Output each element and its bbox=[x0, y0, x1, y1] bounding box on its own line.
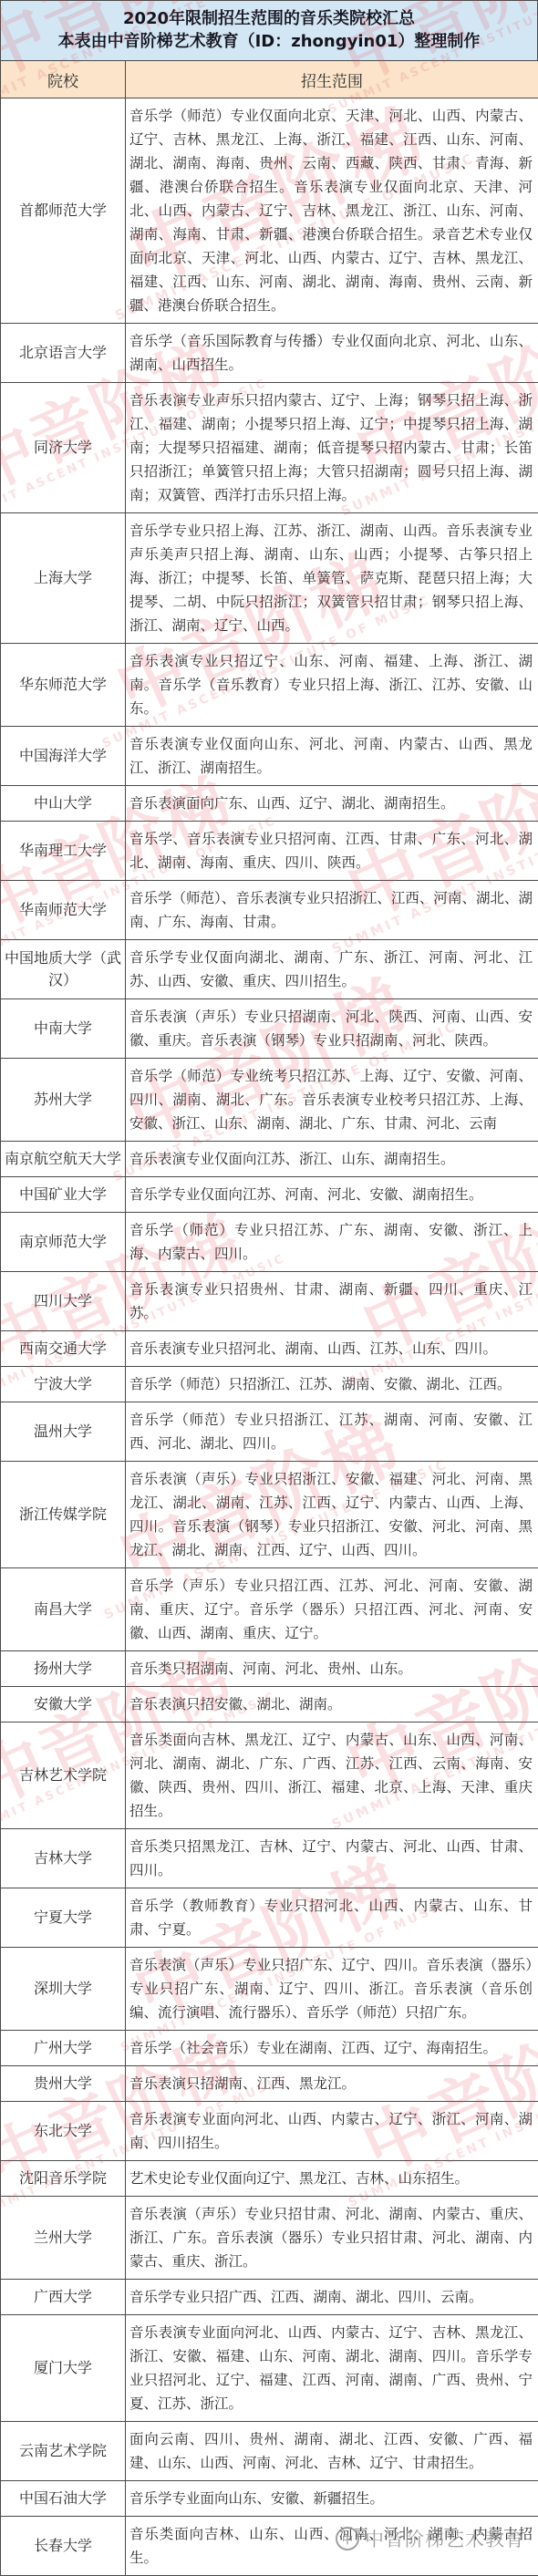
admission-scope: 音乐学（师范）、音乐表演专业只招浙江、江西、河南、湖北、湖南、广东、海南、甘肃。 bbox=[126, 881, 538, 940]
table-row: 宁夏大学音乐学（教师教育）专业只招河北、山西、内蒙古、山东、甘肃、宁夏。 bbox=[1, 1888, 538, 1948]
school-name: 厦门大学 bbox=[1, 2315, 126, 2422]
school-name: 南昌大学 bbox=[1, 1568, 126, 1651]
table-row: 安徽大学音乐表演只招安徽、湖北、湖南。 bbox=[1, 1687, 538, 1723]
table-row: 华南理工大学音乐学、音乐表演专业只招河南、江西、甘肃、广东、河北、湖北、湖南、海… bbox=[1, 822, 538, 881]
table-row: 吉林艺术学院音乐类面向吉林、黑龙江、辽宁、内蒙古、山东、山西、河南、河北、湖南、… bbox=[1, 1723, 538, 1829]
table-row: 华东师范大学音乐表演专业只招辽宁、山东、河南、福建、上海、浙江、湖南。音乐学（音… bbox=[1, 644, 538, 727]
admission-scope: 音乐表演专业只招贵州、甘肃、湖南、新疆、四川、重庆、江苏。 bbox=[126, 1272, 538, 1331]
admission-scope: 音乐表演专业声乐只招内蒙古、辽宁、上海；钢琴只招上海、浙江、福建、湖南；小提琴只… bbox=[126, 383, 538, 513]
school-name: 浙江传媒学院 bbox=[1, 1462, 126, 1568]
page-title: 2020年限制招生范围的音乐类院校汇总 本表由中音阶梯艺术教育（ID：zhong… bbox=[0, 0, 538, 60]
table-row: 同济大学音乐表演专业声乐只招内蒙古、辽宁、上海；钢琴只招上海、浙江、福建、湖南；… bbox=[1, 383, 538, 513]
admission-scope: 音乐表演专业仅面向山东、河北、河南、内蒙古、山西、黑龙江、浙江、湖南招生。 bbox=[126, 727, 538, 786]
table-row: 宁波大学音乐学（师范）只招浙江、江苏、湖南、安徽、湖北、江西。 bbox=[1, 1367, 538, 1402]
school-name: 上海大学 bbox=[1, 513, 126, 644]
admission-scope: 艺术史论专业仅面向辽宁、黑龙江、吉林、山东招生。 bbox=[126, 2161, 538, 2197]
admission-scope: 音乐表演专业面向河北、山西、内蒙古、辽宁、吉林、黑龙江、浙江、安徽、福建、山东、… bbox=[126, 2315, 538, 2422]
table-row: 兰州大学音乐表演（声乐）专业只招甘肃、河北、湖南、内蒙古、重庆、浙江、广东。音乐… bbox=[1, 2197, 538, 2280]
table-row: 云南艺术学院面向云南、四川、贵州、湖南、湖北、江西、安徽、广西、福建、山东、山西… bbox=[1, 2422, 538, 2481]
table-row: 长春大学音乐类面向吉林、山东、山西、河南、河北、湖南、内蒙古招生。 bbox=[1, 2517, 538, 2576]
school-name: 安徽大学 bbox=[1, 1687, 126, 1723]
admission-scope: 音乐表演专业只招辽宁、山东、河南、福建、上海、浙江、湖南。音乐学（音乐教育）专业… bbox=[126, 644, 538, 727]
school-name: 兰州大学 bbox=[1, 2197, 126, 2280]
table-row: 深圳大学音乐表演（声乐）专业只招广东、辽宁、四川。音乐表演（器乐）专业只招广东、… bbox=[1, 1948, 538, 2031]
table-row: 广西大学音乐学专业只招广西、江西、湖南、湖北、四川、云南。 bbox=[1, 2280, 538, 2315]
table-row: 厦门大学音乐表演专业面向河北、山西、内蒙古、辽宁、吉林、黑龙江、浙江、安徽、福建… bbox=[1, 2315, 538, 2422]
admission-scope: 音乐表演只招安徽、湖北、湖南。 bbox=[126, 1687, 538, 1723]
table-row: 沈阳音乐学院艺术史论专业仅面向辽宁、黑龙江、吉林、山东招生。 bbox=[1, 2161, 538, 2197]
table-row: 贵州大学音乐表演只招湖南、江西、黑龙江。 bbox=[1, 2066, 538, 2102]
table-row: 中国石油大学音乐学专业面向山东、安徽、新疆招生。 bbox=[1, 2481, 538, 2517]
admission-scope: 面向云南、四川、贵州、湖南、湖北、江西、安徽、广西、福建、山东、山西、河南、河北… bbox=[126, 2422, 538, 2481]
column-header-scope: 招生范围 bbox=[126, 61, 538, 98]
admission-scope: 音乐学专业只招广西、江西、湖南、湖北、四川、云南。 bbox=[126, 2280, 538, 2315]
table-row: 南京师范大学音乐学（师范）专业只招江苏、广东、湖南、安徽、浙江、上海、内蒙古、四… bbox=[1, 1213, 538, 1272]
table-row: 广州大学音乐学（社会音乐）专业在湖南、江西、辽宁、海南招生。 bbox=[1, 2031, 538, 2066]
table-row: 吉林大学音乐类只招黑龙江、吉林、辽宁、内蒙古、河北、山西、甘肃、四川。 bbox=[1, 1829, 538, 1888]
admission-scope: 音乐表演只招湖南、江西、黑龙江。 bbox=[126, 2066, 538, 2102]
school-name: 同济大学 bbox=[1, 383, 126, 513]
school-name: 四川大学 bbox=[1, 1272, 126, 1331]
school-name: 长春大学 bbox=[1, 2517, 126, 2576]
table-row: 温州大学音乐学（师范）专业只招浙江、江苏、湖南、河南、安徽、江西、河北、湖北、四… bbox=[1, 1402, 538, 1462]
school-name: 吉林大学 bbox=[1, 1829, 126, 1888]
page: 中音阶梯SUMMIT ASCENT INSTITUTE OF MUSIC中音阶梯… bbox=[0, 0, 538, 2576]
admission-scope: 音乐学（教师教育）专业只招河北、山西、内蒙古、山东、甘肃、宁夏。 bbox=[126, 1888, 538, 1948]
table-row: 中山大学音乐表演面向广东、山西、辽宁、湖北、湖南招生。 bbox=[1, 786, 538, 822]
admission-scope: 音乐学专业只招上海、江苏、浙江、湖南、山西。音乐表演专业声乐美声只招上海、湖南、… bbox=[126, 513, 538, 644]
school-name: 中山大学 bbox=[1, 786, 126, 822]
admission-scope: 音乐表演专业只招河北、湖南、山西、江苏、山东、四川。 bbox=[126, 1331, 538, 1367]
table-row: 中南大学音乐表演（声乐）专业只招湖南、河北、陕西、河南、山西、安徽、重庆。音乐表… bbox=[1, 999, 538, 1059]
admission-scope: 音乐学专业面向山东、安徽、新疆招生。 bbox=[126, 2481, 538, 2517]
admission-scope: 音乐学（师范）专业只招浙江、江苏、湖南、河南、安徽、江西、河北、湖北、四川。 bbox=[126, 1402, 538, 1462]
school-name: 沈阳音乐学院 bbox=[1, 2161, 126, 2197]
school-name: 南京师范大学 bbox=[1, 1213, 126, 1272]
admission-scope: 音乐表演（声乐）专业只招甘肃、河北、湖南、内蒙古、重庆、浙江、广东。音乐表演（器… bbox=[126, 2197, 538, 2280]
school-name: 华南理工大学 bbox=[1, 822, 126, 881]
school-name: 苏州大学 bbox=[1, 1059, 126, 1142]
admission-scope: 音乐学（师范）只招浙江、江苏、湖南、安徽、湖北、江西。 bbox=[126, 1367, 538, 1402]
admission-scope: 音乐表演面向广东、山西、辽宁、湖北、湖南招生。 bbox=[126, 786, 538, 822]
table-row: 西南交通大学音乐表演专业只招河北、湖南、山西、江苏、山东、四川。 bbox=[1, 1331, 538, 1367]
table-row: 四川大学音乐表演专业只招贵州、甘肃、湖南、新疆、四川、重庆、江苏。 bbox=[1, 1272, 538, 1331]
admission-scope: 音乐类面向吉林、山东、山西、河南、河北、湖南、内蒙古招生。 bbox=[126, 2517, 538, 2576]
school-name: 华东师范大学 bbox=[1, 644, 126, 727]
school-name: 华南师范大学 bbox=[1, 881, 126, 940]
table-row: 中国地质大学（武汉）音乐学专业仅面向湖北、湖南、广东、浙江、河南、河北、江苏、山… bbox=[1, 940, 538, 999]
title-line-2: 本表由中音阶梯艺术教育（ID：zhongyin01）整理制作 bbox=[5, 30, 533, 53]
table-row: 扬州大学音乐类只招湖南、河南、河北、贵州、山东。 bbox=[1, 1651, 538, 1687]
school-name: 北京语言大学 bbox=[1, 324, 126, 383]
school-name: 中国地质大学（武汉） bbox=[1, 940, 126, 999]
admission-scope: 音乐表演专业面向河北、山西、内蒙古、辽宁、浙江、河南、湖南、四川招生。 bbox=[126, 2102, 538, 2161]
school-name: 广州大学 bbox=[1, 2031, 126, 2066]
admission-scope: 音乐学专业仅面向江苏、河南、河北、安徽、湖南招生。 bbox=[126, 1177, 538, 1213]
school-name: 云南艺术学院 bbox=[1, 2422, 126, 2481]
admission-scope: 音乐学（师范）专业仅面向北京、天津、河北、山西、内蒙古、辽宁、吉林、黑龙江、上海… bbox=[126, 98, 538, 324]
admission-scope: 音乐表演（声乐）专业只招浙江、安徽、福建、河北、河南、黑龙江、湖北、湖南、江苏、… bbox=[126, 1462, 538, 1568]
school-name: 宁夏大学 bbox=[1, 1888, 126, 1948]
school-name: 中国海洋大学 bbox=[1, 727, 126, 786]
table-row: 上海大学音乐学专业只招上海、江苏、浙江、湖南、山西。音乐表演专业声乐美声只招上海… bbox=[1, 513, 538, 644]
admission-scope: 音乐类只招黑龙江、吉林、辽宁、内蒙古、河北、山西、甘肃、四川。 bbox=[126, 1829, 538, 1888]
school-name: 西南交通大学 bbox=[1, 1331, 126, 1367]
school-name: 中国石油大学 bbox=[1, 2481, 126, 2517]
title-line-1: 2020年限制招生范围的音乐类院校汇总 bbox=[5, 7, 533, 30]
table-row: 首都师范大学音乐学（师范）专业仅面向北京、天津、河北、山西、内蒙古、辽宁、吉林、… bbox=[1, 98, 538, 324]
table-header-row: 院校 招生范围 bbox=[1, 61, 538, 98]
admission-scope: 音乐学（师范）专业只招江苏、广东、湖南、安徽、浙江、上海、内蒙古、四川。 bbox=[126, 1213, 538, 1272]
table-row: 南昌大学音乐学（声乐）专业只招江西、江苏、河北、河南、安徽、湖南、重庆、辽宁。音… bbox=[1, 1568, 538, 1651]
school-name: 东北大学 bbox=[1, 2102, 126, 2161]
school-name: 广西大学 bbox=[1, 2280, 126, 2315]
table-row: 苏州大学音乐学（师范）专业统考只招江苏、上海、辽宁、安徽、河南、四川、湖南、湖北… bbox=[1, 1059, 538, 1142]
school-name: 深圳大学 bbox=[1, 1948, 126, 2031]
admission-scope: 音乐学（师范）专业统考只招江苏、上海、辽宁、安徽、河南、四川、湖南、湖北、广东。… bbox=[126, 1059, 538, 1142]
admission-scope: 音乐学（社会音乐）专业在湖南、江西、辽宁、海南招生。 bbox=[126, 2031, 538, 2066]
school-name: 南京航空航天大学 bbox=[1, 1142, 126, 1177]
school-name: 温州大学 bbox=[1, 1402, 126, 1462]
table-row: 中国海洋大学音乐表演专业仅面向山东、河北、河南、内蒙古、山西、黑龙江、浙江、湖南… bbox=[1, 727, 538, 786]
school-name: 扬州大学 bbox=[1, 1651, 126, 1687]
admission-scope: 音乐学专业仅面向湖北、湖南、广东、浙江、河南、河北、江苏、山西、安徽、重庆、四川… bbox=[126, 940, 538, 999]
table-row: 东北大学音乐表演专业面向河北、山西、内蒙古、辽宁、浙江、河南、湖南、四川招生。 bbox=[1, 2102, 538, 2161]
admission-scope: 音乐表演（声乐）专业只招广东、辽宁、四川。音乐表演（器乐）专业只招广东、湖南、辽… bbox=[126, 1948, 538, 2031]
admission-scope: 音乐表演（声乐）专业只招湖南、河北、陕西、河南、山西、安徽、重庆。音乐表演（钢琴… bbox=[126, 999, 538, 1059]
school-name: 宁波大学 bbox=[1, 1367, 126, 1402]
table-row: 浙江传媒学院音乐表演（声乐）专业只招浙江、安徽、福建、河北、河南、黑龙江、湖北、… bbox=[1, 1462, 538, 1568]
school-name: 首都师范大学 bbox=[1, 98, 126, 324]
admission-scope: 音乐类只招湖南、河南、河北、贵州、山东。 bbox=[126, 1651, 538, 1687]
admission-scope: 音乐学（音乐国际教育与传播）专业仅面向北京、河北、山东、湖南、山西招生。 bbox=[126, 324, 538, 383]
admissions-table: 院校 招生范围 首都师范大学音乐学（师范）专业仅面向北京、天津、河北、山西、内蒙… bbox=[0, 60, 538, 2576]
table-row: 中国矿业大学音乐学专业仅面向江苏、河南、河北、安徽、湖南招生。 bbox=[1, 1177, 538, 1213]
admission-scope: 音乐表演专业仅面向江苏、浙江、山东、湖南招生。 bbox=[126, 1142, 538, 1177]
school-name: 吉林艺术学院 bbox=[1, 1723, 126, 1829]
school-name: 贵州大学 bbox=[1, 2066, 126, 2102]
school-name: 中国矿业大学 bbox=[1, 1177, 126, 1213]
table-row: 北京语言大学音乐学（音乐国际教育与传播）专业仅面向北京、河北、山东、湖南、山西招… bbox=[1, 324, 538, 383]
column-header-school: 院校 bbox=[1, 61, 126, 98]
table-row: 南京航空航天大学音乐表演专业仅面向江苏、浙江、山东、湖南招生。 bbox=[1, 1142, 538, 1177]
admission-scope: 音乐学（声乐）专业只招江西、江苏、河北、河南、安徽、湖南、重庆、辽宁。音乐学（器… bbox=[126, 1568, 538, 1651]
school-name: 中南大学 bbox=[1, 999, 126, 1059]
table-row: 华南师范大学音乐学（师范）、音乐表演专业只招浙江、江西、河南、湖北、湖南、广东、… bbox=[1, 881, 538, 940]
admission-scope: 音乐学、音乐表演专业只招河南、江西、甘肃、广东、河北、湖北、湖南、海南、重庆、四… bbox=[126, 822, 538, 881]
admission-scope: 音乐类面向吉林、黑龙江、辽宁、内蒙古、山东、山西、河南、河北、湖南、湖北、广东、… bbox=[126, 1723, 538, 1829]
